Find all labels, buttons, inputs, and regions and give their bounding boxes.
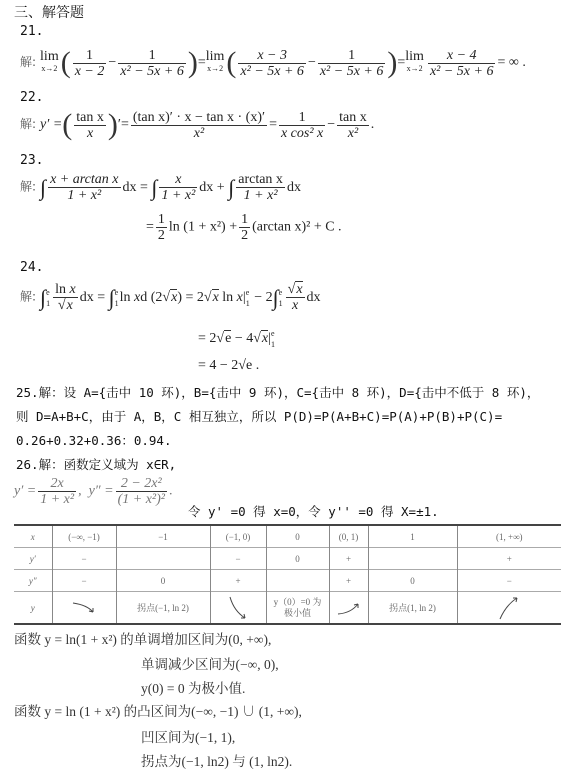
table-cell: 0: [266, 548, 329, 570]
table-cell: 0: [368, 570, 457, 592]
table-cell: 0: [116, 570, 210, 592]
q22-formula: y′ =(tan xx)′=(tan x)′ · x − tan x · (x)…: [40, 117, 374, 132]
section-title: 三、解答题: [14, 2, 84, 22]
q24-line1: ∫e1ln x√xdx = ∫e1ln xd (2√x) = 2√x ln x|…: [40, 290, 321, 305]
table-cell: (0, 1): [329, 525, 368, 548]
conclusion-line-2: 单调减少区间为(−∞, 0),: [141, 653, 279, 673]
q25-line3: 0.26+0.32+0.36：0.94.: [16, 431, 172, 449]
table-cell: (−∞, −1): [52, 525, 116, 548]
table-cell: 拐点(−1, ln 2): [116, 592, 210, 625]
table-cell: +: [329, 548, 368, 570]
decreasing-concave-arrow-icon: [52, 592, 116, 625]
table-cell: +: [457, 548, 561, 570]
q26-critical-points: 令 y' =0 得 x=0，令 y'' =0 得 X=±1.: [188, 502, 439, 520]
table-cell: [266, 570, 329, 592]
table-cell: 0: [266, 525, 329, 548]
table-cell: +: [210, 570, 266, 592]
sign-table: x (−∞, −1) −1 (−1, 0) 0 (0, 1) 1 (1, +∞)…: [14, 524, 561, 625]
table-cell: −: [52, 570, 116, 592]
conclusion-line-5: 凹区间为(−1, 1),: [141, 726, 235, 746]
table-cell: −1: [116, 525, 210, 548]
table-cell: +: [329, 570, 368, 592]
question-22-solution: 解: y′ =(tan xx)′=(tan x)′ · x − tan x · …: [20, 108, 374, 142]
q25-line1: 25.解：设 A={击中 10 环)，B={击中 9 环)，C={击中 8 环)…: [16, 383, 539, 401]
table-cell: [368, 548, 457, 570]
question-23-number: 23.: [20, 153, 43, 168]
q24-line2: = 2√e − 4√x|e1: [198, 328, 276, 350]
table-cell: −: [210, 548, 266, 570]
conclusion-line-6: 拐点为(−1, ln2) 与 (1, ln2).: [141, 750, 292, 769]
table-cell: −: [457, 570, 561, 592]
solution-label: 解:: [20, 55, 36, 69]
table-cell: −: [52, 548, 116, 570]
question-24-solution: 解: ∫e1ln x√xdx = ∫e1ln xd (2√x) = 2√x ln…: [20, 282, 321, 313]
conclusion-line-3: y(0) = 0 为极小值.: [141, 677, 245, 697]
table-cell: y′: [14, 548, 52, 570]
table-cell: x: [14, 525, 52, 548]
q23-line2: =12ln (1 + x²) +12(arctan x)² + C .: [146, 212, 342, 243]
q24-line3: = 4 − 2√e .: [198, 358, 259, 374]
q26-line1: 26.解：函数定义域为 x∈R,: [16, 455, 176, 473]
table-cell: (1, +∞): [457, 525, 561, 548]
conclusion-line-4: 函数 y = ln (1 + x²) 的凸区间为(−∞, −1) ∪ (1, +…: [14, 700, 302, 720]
table-cell: (−1, 0): [210, 525, 266, 548]
table-cell: 1: [368, 525, 457, 548]
table-row: y′ − − 0 + +: [14, 548, 561, 570]
table-row: y 拐点(−1, ln 2) y（0）=0 为极小值 拐点(1, ln 2): [14, 592, 561, 625]
q25-line2: 则 D=A+B+C，由于 A，B，C 相互独立，所以 P(D)=P(A+B+C)…: [16, 407, 502, 425]
question-21-number: 21.: [20, 24, 43, 39]
table-cell: [116, 548, 210, 570]
question-24-number: 24.: [20, 260, 43, 275]
table-cell: 拐点(1, ln 2): [368, 592, 457, 625]
decreasing-convex-arrow-icon: [210, 592, 266, 625]
question-22-number: 22.: [20, 90, 43, 105]
solution-label: 解:: [20, 180, 36, 194]
conclusion-line-1: 函数 y = ln(1 + x²) 的单调增加区间为(0, +∞),: [14, 628, 271, 648]
question-23-solution: 解: ∫x + arctan x1 + x²dx = ∫x1 + x²dx + …: [20, 172, 301, 203]
q26-derivatives: y′ =2x1 + x², y″ =2 − 2x²(1 + x²)².: [14, 476, 172, 507]
table-cell: y（0）=0 为极小值: [266, 592, 329, 625]
q23-line1: ∫x + arctan x1 + x²dx = ∫x1 + x²dx + ∫ar…: [40, 180, 301, 195]
table-row: y″ − 0 + + 0 −: [14, 570, 561, 592]
increasing-convex-arrow-icon: [329, 592, 368, 625]
table-cell: y: [14, 592, 52, 625]
table-cell: y″: [14, 570, 52, 592]
q21-formula: limx→2(1x − 2−1x² − 5x + 6)=limx→2(x − 3…: [40, 55, 526, 70]
solution-label: 解:: [20, 117, 36, 131]
solution-label: 解:: [20, 290, 36, 304]
increasing-concave-arrow-icon: [457, 592, 561, 625]
table-header-row: x (−∞, −1) −1 (−1, 0) 0 (0, 1) 1 (1, +∞): [14, 525, 561, 548]
question-21-solution: 解: limx→2(1x − 2−1x² − 5x + 6)=limx→2(x …: [20, 46, 526, 80]
